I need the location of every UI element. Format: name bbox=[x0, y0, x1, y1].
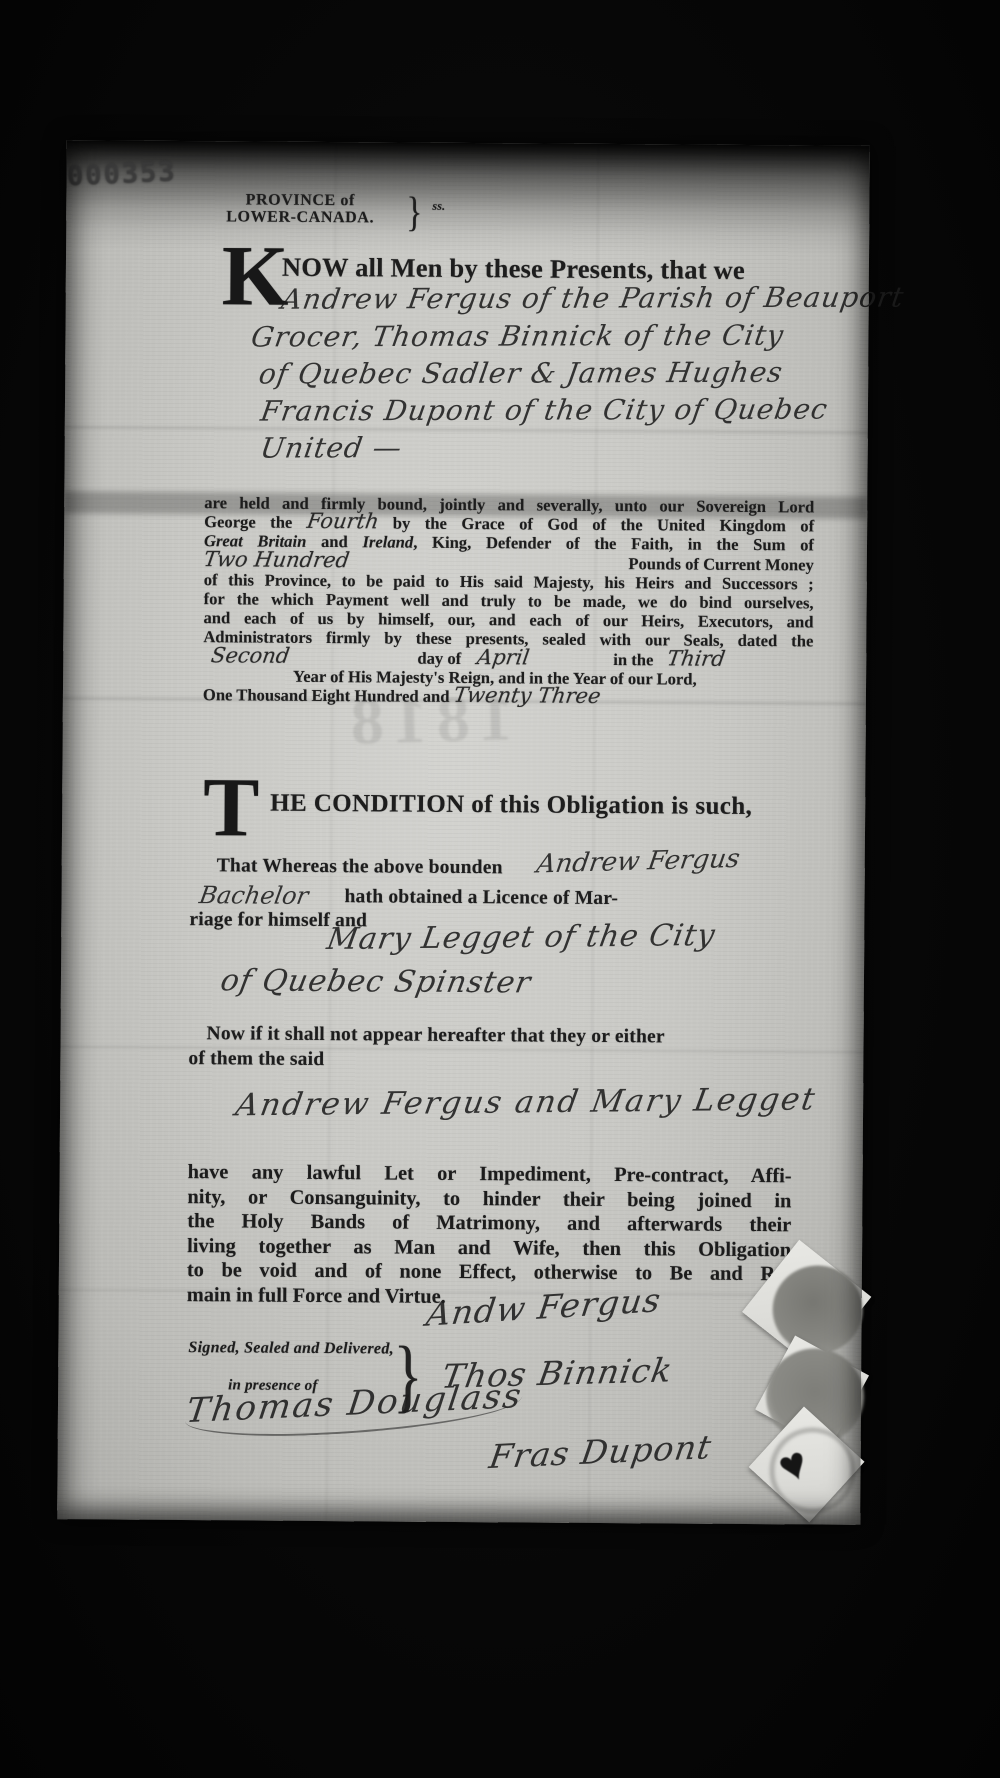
bond-text: One Thousand Eight Hundred and bbox=[203, 685, 454, 706]
handwritten-year: Twenty Three bbox=[453, 690, 601, 701]
handwritten-bride-status: of Quebec Spinster bbox=[218, 963, 534, 1000]
whereas-line: hath obtained a Licence of Mar- bbox=[344, 886, 618, 910]
whereas-line: That Whereas the above bounden bbox=[217, 855, 503, 879]
bond-line: One Thousand Eight Hundred and Twenty Th… bbox=[203, 685, 813, 708]
province-line1: PROVINCE of bbox=[226, 191, 374, 209]
now-clause-line: Now if it shall not appear hereafter tha… bbox=[207, 1023, 665, 1048]
wax-seal-1 bbox=[772, 1265, 863, 1354]
handwritten-groom-name: Andrew Fergus bbox=[535, 844, 742, 880]
handwritten-day: Second bbox=[210, 650, 290, 661]
handwritten-parties-line: Andrew Fergus of the Parish of Beauport bbox=[279, 281, 906, 316]
handwritten-regnal-year: Third bbox=[667, 653, 726, 663]
province-heading: PROVINCE of LOWER-CANADA. bbox=[226, 191, 374, 226]
document-page: 1818 PROVINCE of LOWER-CANADA. } ss. 000… bbox=[57, 140, 870, 1525]
bond-line: Two HundredPounds of Current Money bbox=[204, 551, 814, 574]
handwritten-fourth: Fourth bbox=[306, 516, 379, 526]
handwritten-parties-line: of Quebec Sadler & James Hughes bbox=[257, 356, 786, 391]
condition-heading: HE CONDITION of this Obligation is such, bbox=[270, 790, 752, 821]
photograph-background: 1818 PROVINCE of LOWER-CANADA. } ss. 000… bbox=[0, 0, 1000, 1778]
handwritten-month: April bbox=[476, 652, 530, 662]
signature-thomas-binnick: Thos Binnick bbox=[439, 1351, 676, 1396]
bond-text: day of bbox=[417, 648, 461, 668]
ss-abbreviation: ss. bbox=[432, 199, 445, 214]
handwritten-couple-names: Andrew Fergus and Mary Legget bbox=[233, 1081, 819, 1123]
bond-text: George the bbox=[204, 512, 307, 532]
handwritten-parties-line: United — bbox=[258, 431, 405, 464]
dropcap-t: T bbox=[203, 771, 260, 845]
serial-number-stamp: 000353 bbox=[66, 125, 870, 192]
bond-text: Pounds of Current Money bbox=[628, 554, 814, 574]
handwritten-sum: Two Hundred bbox=[203, 554, 350, 565]
handwritten-parties-line: Grocer, Thomas Binnick of the City bbox=[249, 319, 786, 354]
bond-text: in the bbox=[613, 650, 653, 669]
bond-paragraph: are held and firmly bound, jointly and s… bbox=[203, 493, 814, 708]
obligation-paragraph: have any lawful Let or Impediment, Pre-c… bbox=[187, 1160, 792, 1312]
obligation-line: have any lawful Let or Impediment, Pre-c… bbox=[188, 1160, 792, 1189]
province-line2: LOWER-CANADA. bbox=[226, 208, 374, 226]
bond-text: , King, Defender of the Faith, in the Su… bbox=[413, 533, 814, 555]
handwritten-bride-name: Mary Legget of the City bbox=[324, 918, 718, 957]
attestation-signed-line: Signed, Sealed and Delivered, bbox=[188, 1339, 394, 1358]
signature-francis-dupont: Fras Dupont bbox=[487, 1427, 715, 1476]
province-brace: } bbox=[406, 189, 423, 237]
now-clause-line: of them the said bbox=[188, 1048, 324, 1071]
handwritten-groom-status: Bachelor bbox=[197, 881, 310, 910]
bond-text-italic: Ireland bbox=[362, 533, 413, 552]
dropcap-k: K bbox=[222, 237, 290, 313]
handwritten-parties-line: Francis Dupont of the City of Quebec bbox=[258, 393, 830, 428]
